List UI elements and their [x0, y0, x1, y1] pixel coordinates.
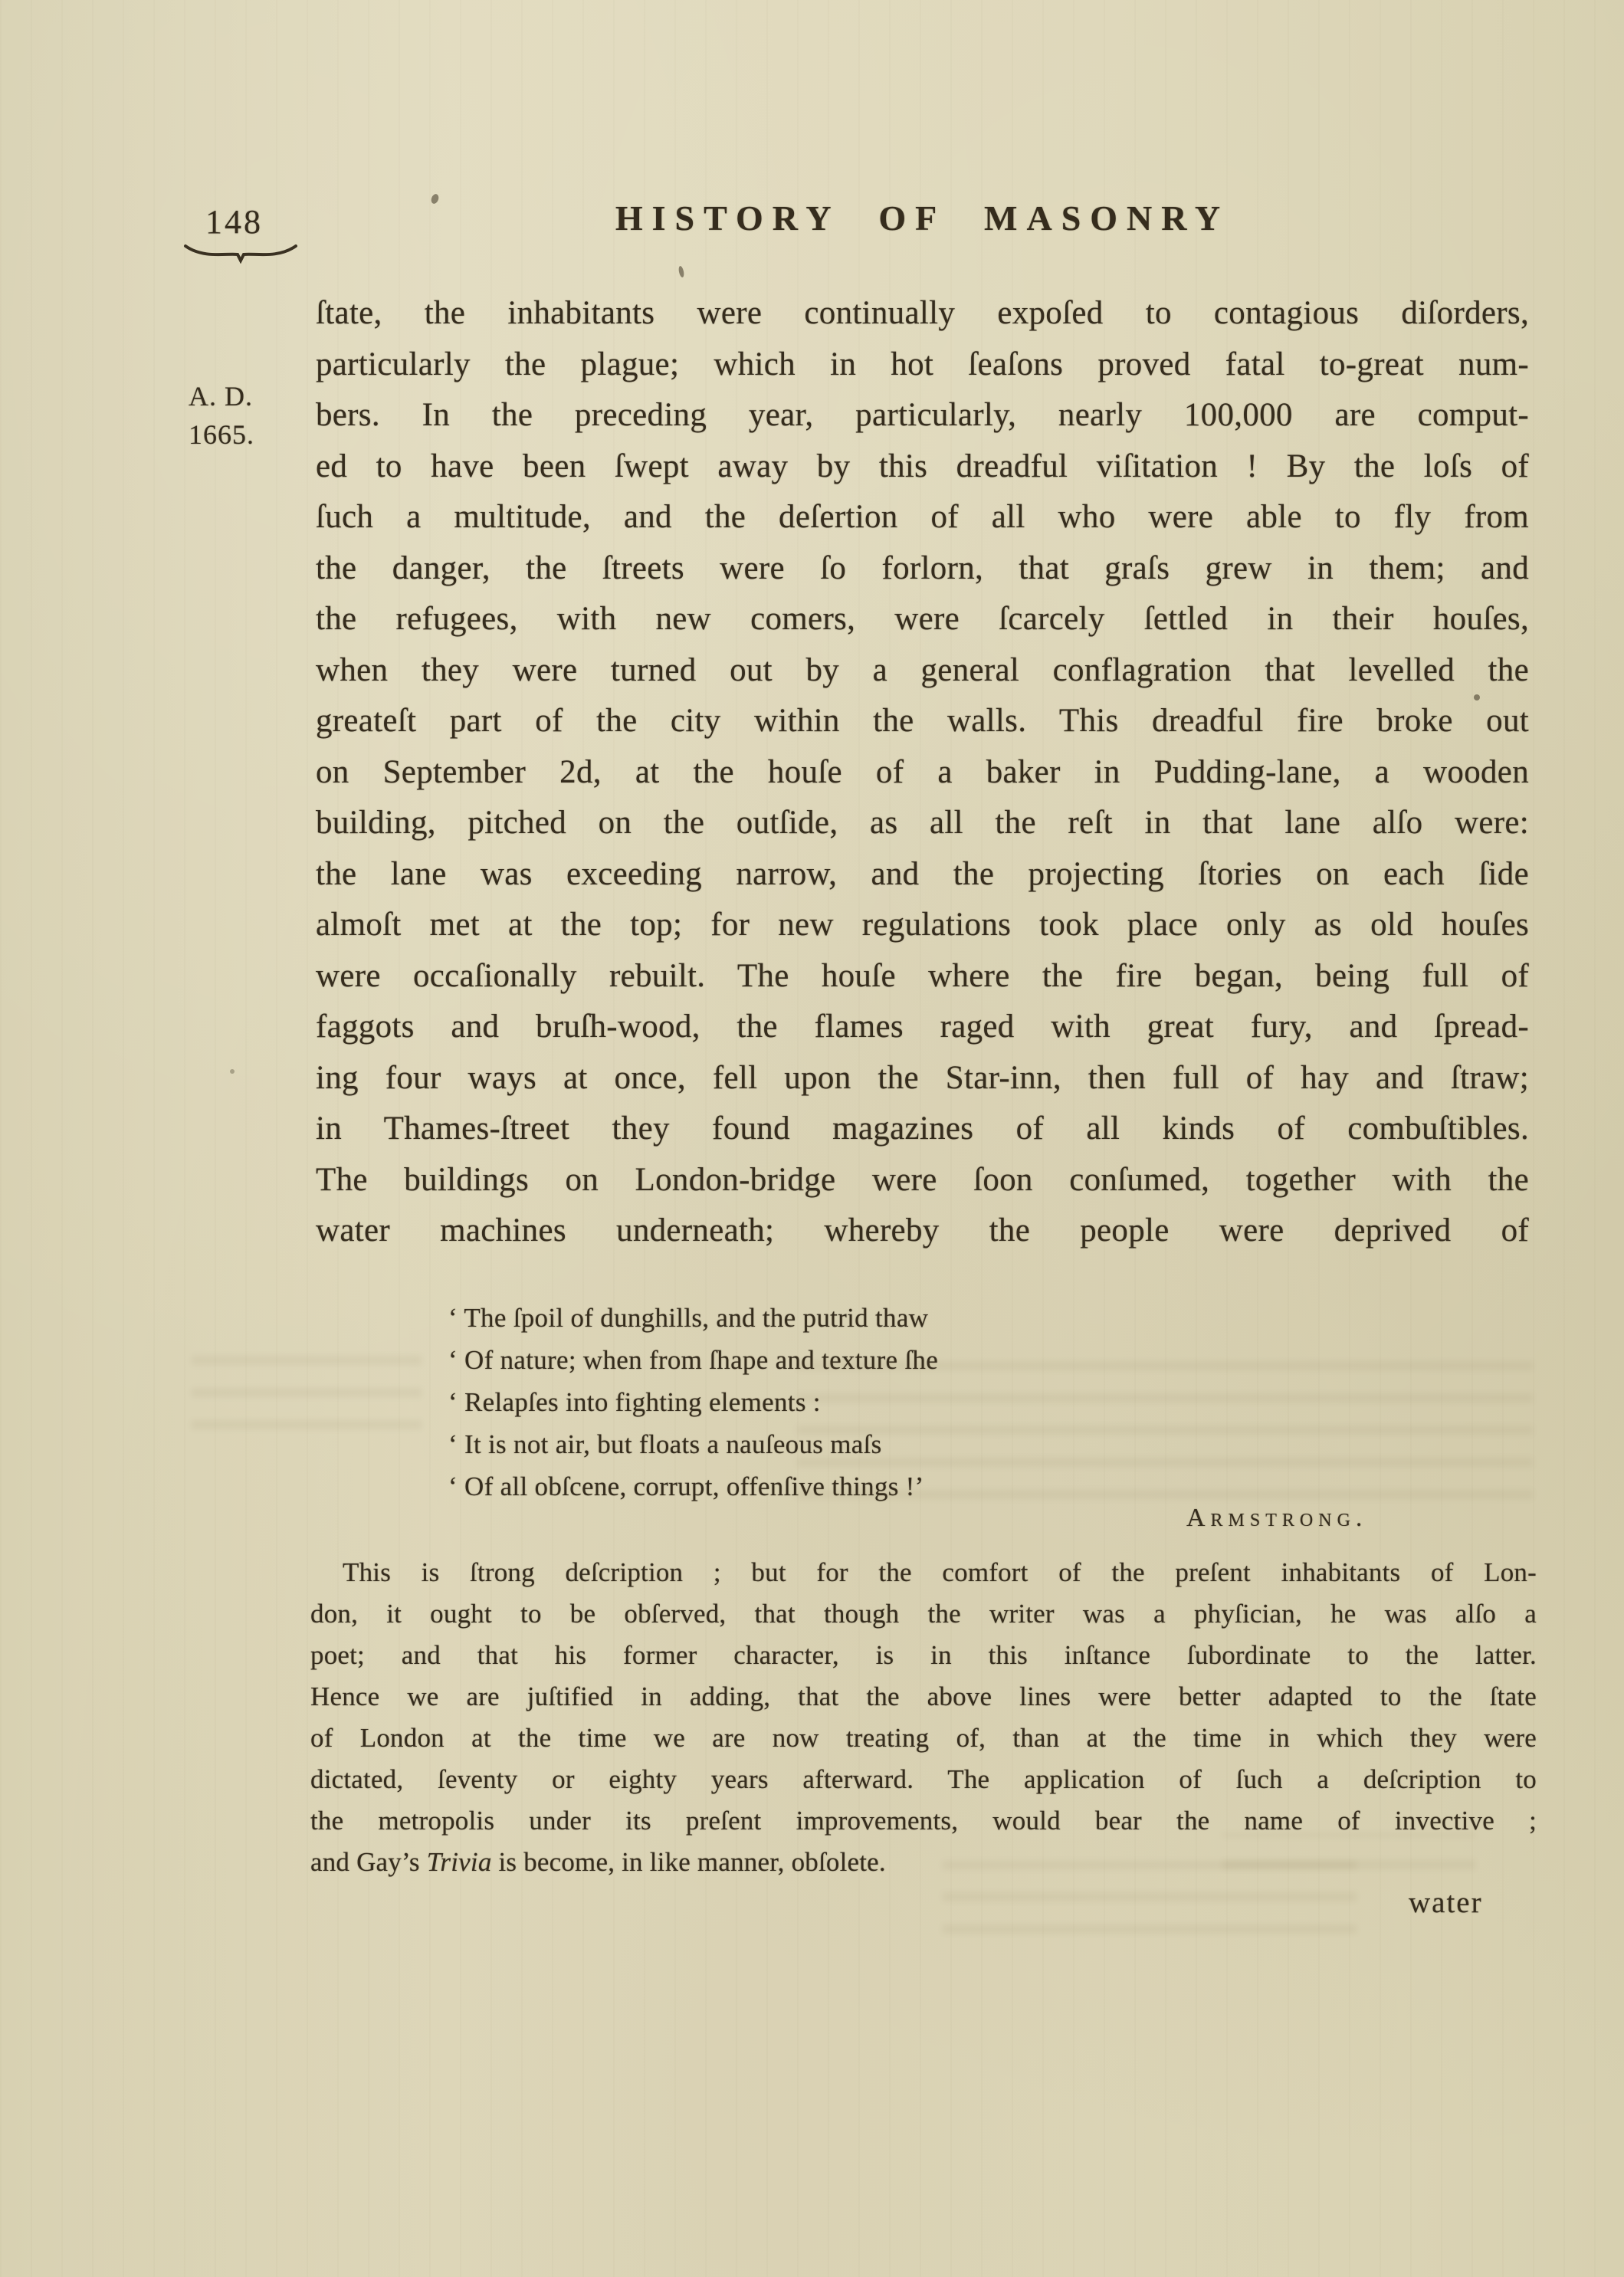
show-through-smudge	[192, 1349, 422, 1441]
note-line: don, it ought to be obſerved, that thoug…	[310, 1593, 1537, 1635]
ink-speck	[678, 266, 685, 278]
margin-note-line-ad: A. D.	[189, 377, 254, 415]
body-line: almoſt met at the top; for new regulatio…	[316, 900, 1529, 951]
ink-speck	[1474, 694, 1480, 700]
page-number-brace-icon	[182, 242, 299, 267]
body-line: The buildings on London-bridge were ſoon…	[316, 1155, 1529, 1206]
margin-note-line-year: 1665.	[189, 415, 254, 454]
body-line: the lane was exceeding narrow, and the p…	[316, 849, 1529, 901]
margin-date-note: A. D. 1665.	[189, 377, 254, 454]
note-line: dictated, ſeventy or eighty years afterw…	[310, 1759, 1537, 1800]
note-line: poet; and that his former character, is …	[310, 1635, 1537, 1676]
body-line: in Thames-ſtreet they found magazines of…	[316, 1104, 1529, 1155]
body-line: ſtate, the inhabitants were continually …	[316, 288, 1529, 340]
catchword: water	[1409, 1885, 1483, 1920]
body-line: the refugees, with new comers, were ſcar…	[316, 594, 1529, 645]
note-line: of London at the time we are now treatin…	[310, 1718, 1537, 1759]
body-line: particularly the plague; which in hot ſe…	[316, 340, 1529, 391]
body-line: greateſt part of the city within the wal…	[316, 696, 1529, 747]
body-line: faggots and bruſh-wood, the flames raged…	[316, 1002, 1529, 1053]
body-line: ed to have been ſwept away by this dread…	[316, 441, 1529, 493]
body-line: ing four ways at once, fell upon the Sta…	[316, 1053, 1529, 1104]
body-line: on September 2d, at the houſe of a baker…	[316, 747, 1529, 799]
body-line: when they were turned out by a general c…	[316, 645, 1529, 697]
page-number: 148	[205, 202, 263, 241]
body-line: the danger, the ſtreets were ſo forlorn,…	[316, 543, 1529, 595]
book-page-scan: 148 HISTORY OF MASONRY A. D. 1665. ſtate…	[0, 0, 1624, 2277]
note-line: This is ſtrong deſcription ; but for the…	[310, 1552, 1537, 1593]
note-line: Hence we are juſtified in adding, that t…	[310, 1676, 1537, 1718]
body-line: were occaſionally rebuilt. The houſe whe…	[316, 951, 1529, 1002]
body-line: water machines underneath; whereby the p…	[316, 1206, 1529, 1257]
note-last-pre: and Gay’s	[310, 1847, 427, 1877]
note-last-italic-title: Trivia	[427, 1847, 492, 1877]
body-line: bers. In the preceding year, particularl…	[316, 390, 1529, 441]
ink-speck	[230, 1069, 235, 1074]
body-line: building, pitched on the outſide, as all…	[316, 798, 1529, 849]
show-through-smudge	[1222, 1833, 1475, 1881]
quote-line: ‘ The ſpoil of dunghills, and the putrid…	[448, 1297, 938, 1339]
main-paragraph: ſtate, the inhabitants were continually …	[316, 288, 1529, 1257]
show-through-smudge	[797, 1346, 1533, 1511]
note-last-post: is become, in like manner, obſolete.	[492, 1847, 886, 1877]
running-head-title: HISTORY OF MASONRY	[316, 198, 1529, 238]
body-line: ſuch a multitude, and the deſertion of a…	[316, 492, 1529, 543]
